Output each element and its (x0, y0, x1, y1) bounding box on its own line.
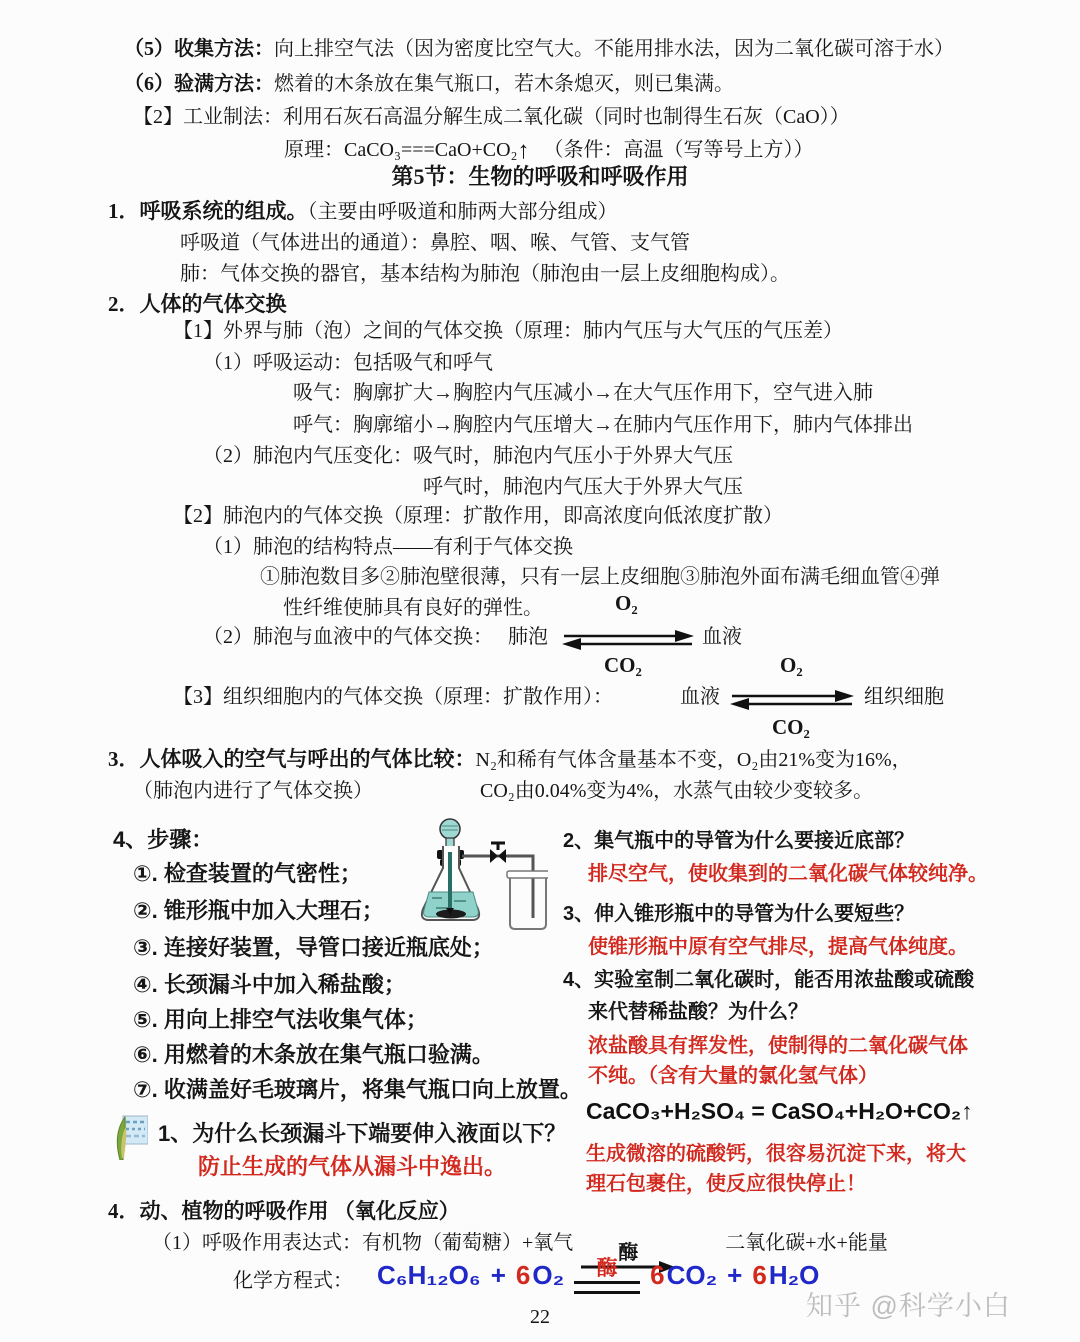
sec2-block2: 【2】肺泡内的气体交换（原理：扩散作用，即高浓度向低浓度扩散） (173, 503, 783, 529)
sulfuric-acid-equation: CaCO₃+H₂SO₄ = CaSO₄+H₂O+CO₂↑ (586, 1097, 973, 1127)
gas-generator-apparatus-icon (398, 816, 548, 938)
sec4-heading: 4．动、植物的呼吸作用 （氧化反应） (108, 1198, 460, 1225)
sec2-block1-1: （1）呼吸运动：包括吸气和呼气 (203, 350, 493, 376)
blood-node: 血液 (702, 624, 742, 650)
gas-up-arrow: ↑ (518, 138, 530, 164)
collection-method-text: 向上排空气法（因为密度比空气大。不能用排水法，因为二氧化碳可溶于水） (274, 38, 954, 60)
alveoli-node: 肺泡 (508, 624, 548, 650)
sec3-text1: N₂和稀有气体含量基本不变，O₂由21%变为16%， (476, 749, 912, 771)
sec3-heading: 3．人体吸入的空气与呼出的气体比较： (108, 747, 476, 771)
section-title: 第5节：生物的呼吸和呼吸作用 (0, 163, 1080, 192)
lung-line: 肺：气体交换的器官，基本结构为肺泡（肺泡由一层上皮细胞构成）。 (180, 261, 790, 287)
oxygen-formula: O₂ (532, 1259, 564, 1293)
reversible-exchange-arrows-icon (728, 688, 856, 712)
step-item-2: ②. 锥形瓶中加入大理石； (133, 897, 384, 926)
sec2-block3: 【3】组织细胞内的气体交换（原理：扩散作用）： (173, 684, 613, 710)
step-item-4: ④. 长颈漏斗中加入稀盐酸； (133, 971, 406, 1000)
alveoli-features-line1: ①肺泡数目多②肺泡壁很薄，只有一层上皮细胞③肺泡外面布满毛细血管④弹 (260, 564, 940, 590)
o2-label-top: O₂ (615, 590, 638, 617)
sec2-heading: 2．人体的气体交换 (108, 291, 287, 318)
sec2-block2-1: （1）肺泡的结构特点——有利于气体交换 (203, 534, 573, 560)
qa5-answer-line1: 生成微溶的硫酸钙，很容易沉淀下来，将大 (586, 1141, 966, 1167)
sec3-text2: CO₂由0.04%变为4%，水蒸气由较少变较多。 (480, 778, 873, 804)
o2-label-mid: O₂ (780, 652, 803, 679)
collection-method-label: （5）收集方法： (124, 38, 274, 60)
qa3-question: 3、伸入锥形瓶中的导管为什么要短些？ (563, 901, 914, 927)
airway-line: 呼吸道（气体进出的通道）：鼻腔、咽、喉、气管、支气管 (180, 230, 690, 256)
qa4-answer-line1: 浓盐酸具有挥发性，使制得的二氧化碳气体 (588, 1033, 968, 1059)
tissue-node: 组织细胞 (864, 684, 944, 710)
enzyme-equals: 酶 (574, 1258, 640, 1294)
co2-label-bottom: CO₂ (772, 714, 810, 741)
qa4-answer-line2: 不纯。（含有大量的氯化氢气体） (588, 1063, 878, 1089)
sec3-heading-line: 3．人体吸入的空气与呼出的气体比较：N₂和稀有气体含量基本不变，O₂由21%变为… (108, 746, 912, 773)
expression-label: （1）呼吸作用表达式： (152, 1232, 362, 1254)
sec2-block2-2: （2）肺泡与血液中的气体交换： (203, 624, 493, 650)
glucose-equation-row: C₆H₁₂O₆ + 6 O₂ 酶 6 CO₂ + 6 H₂O (372, 1258, 824, 1294)
notes-page: （5）收集方法：向上排空气法（因为密度比空气大。不能用排水法，因为二氧化碳可溶于… (0, 0, 1080, 1342)
plus-sign-1: + (491, 1259, 506, 1293)
reversible-exchange-arrows-icon (560, 628, 696, 652)
qa2-question: 2、集气瓶中的导管为什么要接近底部？ (563, 828, 914, 854)
exhale-line: 呼气：胸廓缩小→胸腔内气压增大→在肺内气压作用下，肺内气体排出 (293, 412, 913, 438)
qa3-answer: 使锥形瓶中原有空气排尽，提高气体纯度。 (588, 934, 968, 960)
apparatus-diagram (398, 816, 548, 938)
chem-equation-label: 化学方程式： (233, 1268, 353, 1294)
alveoli-features-line2: 性纤维使肺具有良好的弹性。 (283, 595, 543, 621)
sec3-subnote: （肺泡内进行了气体交换） (133, 778, 373, 804)
blood-node-2: 血液 (680, 684, 720, 710)
alveolar-pressure-line2: 呼气时，肺泡内气压大于外界大气压 (423, 474, 743, 500)
full-test-line: （6）验满方法：燃着的木条放在集气瓶口，若木条熄灭，则已集满。 (124, 71, 734, 97)
industrial-method-line: 【2】工业制法：利用石灰石高温分解生成二氧化碳（同时也制得生石灰（CaO）） (133, 104, 850, 130)
co2-formula: CO₂ (667, 1259, 718, 1293)
step-item-6: ⑥. 用燃着的木条放在集气瓶口验满。 (133, 1041, 494, 1070)
question-thumbnail (112, 1112, 148, 1160)
step-item-3: ③. 连接好装置，导管口接近瓶底处； (133, 934, 494, 963)
glucose-formula: C₆H₁₂O₆ (377, 1259, 481, 1293)
sec1-heading-line: 1．呼吸系统的组成。（主要由呼吸道和肺两大部分组成） (108, 198, 618, 225)
expression-left: 有机物（葡萄糖）+氧气 (362, 1232, 573, 1254)
step-item-1: ①. 检查装置的气密性； (133, 860, 362, 889)
sec2-block1: 【1】外界与肺（泡）之间的气体交换（原理：肺内气压与大气压的气压差） (173, 318, 843, 344)
sec1-heading-note: （主要由呼吸道和肺两大部分组成） (308, 201, 618, 223)
funnel-answer: 防止生成的气体从漏斗中逸出。 (198, 1153, 506, 1182)
double-line (574, 1281, 640, 1294)
qa4-question-line2: 来代替稀盐酸？为什么？ (588, 999, 808, 1025)
full-test-text: 燃着的木条放在集气瓶口，若木条熄灭，则已集满。 (274, 73, 734, 95)
coefficient-h2o: 6 (752, 1259, 766, 1293)
watermark: 知乎 @科学小白 (806, 1284, 1011, 1323)
step-item-7: ⑦. 收满盖好毛玻璃片，将集气瓶口向上放置。 (133, 1076, 582, 1105)
principle-label: 原理： (284, 139, 344, 161)
collection-method-line: （5）收集方法：向上排空气法（因为密度比空气大。不能用排水法，因为二氧化碳可溶于… (124, 36, 954, 62)
inhale-line: 吸气：胸廓扩大→胸腔内气压减小→在大气压作用下，空气进入肺 (293, 380, 873, 406)
coefficient-o2: 6 (516, 1259, 530, 1293)
qa4-question-line1: 4、实验室制二氧化碳时，能否用浓盐酸或硫酸 (563, 967, 974, 993)
expression-right: 二氧化碳+水+能量 (725, 1232, 888, 1254)
alveolar-pressure-line1: （2）肺泡内气压变化：吸气时，肺泡内气压小于外界大气压 (203, 443, 733, 469)
qa5-answer-line2: 理石包裹住，使反应很快停止！ (586, 1171, 866, 1197)
full-test-label: （6）验满方法： (124, 73, 274, 95)
exchange-arrows-2 (728, 688, 856, 712)
funnel-question: 1、为什么长颈漏斗下端要伸入液面以下？ (158, 1120, 566, 1149)
coefficient-co2: 6 (650, 1259, 664, 1293)
question-thumbnail-icon (112, 1112, 148, 1160)
qa2-answer: 排尽空气，使收集到的二氧化碳气体较纯净。 (588, 861, 988, 887)
enzyme-label-2: 酶 (597, 1258, 618, 1279)
principle-equation: CaCO₃===CaO+CO₂ (344, 139, 518, 161)
step-item-5: ⑤. 用向上排空气法收集气体； (133, 1006, 428, 1035)
steps-heading: 4、步骤： (113, 826, 213, 855)
principle-condition: （条件：高温（写等号上方）） (544, 139, 814, 161)
exchange-arrows-1 (560, 628, 696, 652)
co2-label-mid: CO₂ (604, 652, 642, 679)
sec1-heading: 1．呼吸系统的组成。 (108, 199, 308, 223)
plus-sign-2: + (727, 1259, 742, 1293)
